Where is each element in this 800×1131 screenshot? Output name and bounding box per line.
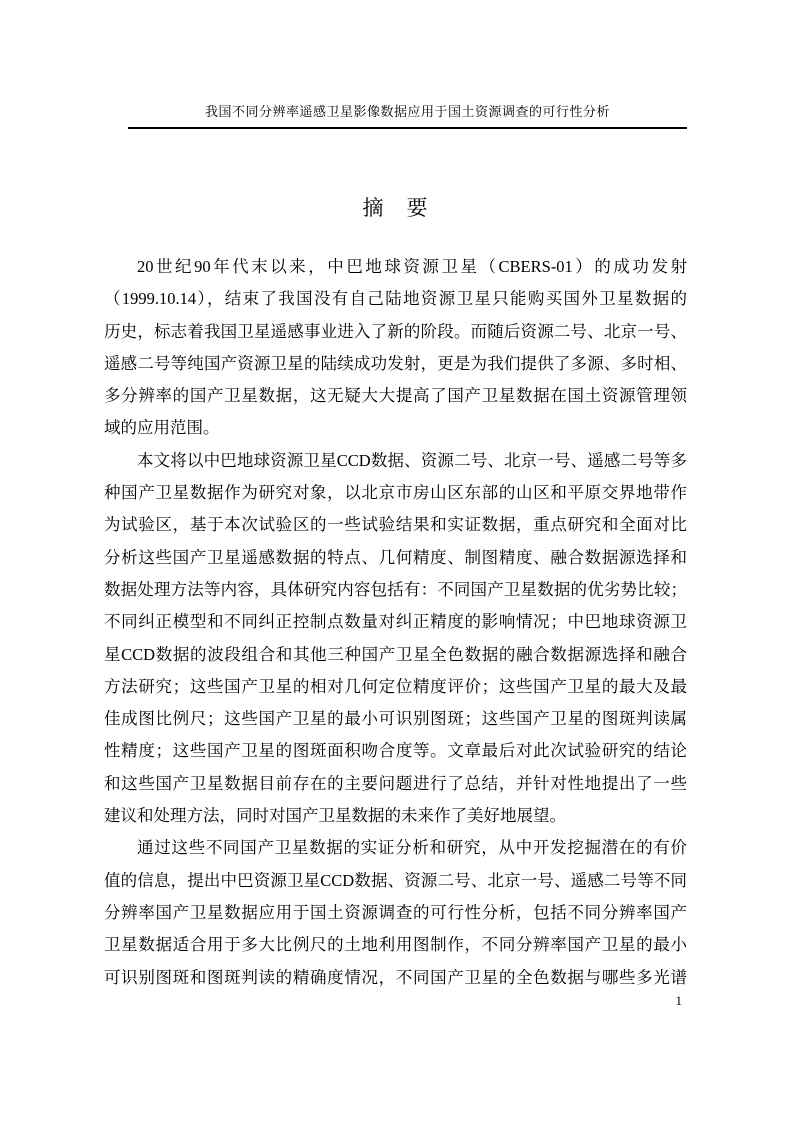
paragraph-line: 为试验区，基于本次试验区的一些试验结果和实证数据，重点研究和全面对比 <box>104 509 687 541</box>
paragraph-line: 不同纠正模型和不同纠正控制点数量对纠正精度的影响情况；中巴地球资源卫 <box>104 606 687 638</box>
abstract-body: 20世纪90年代末以来，中巴地球资源卫星（CBERS-01）的成功发射（1999… <box>104 251 687 994</box>
paragraph-line: 星CCD数据的波段组合和其他三种国产卫星全色数据的融合数据源选择和融合 <box>104 639 687 671</box>
paragraph-line: 卫星数据适合用于多大比例尺的土地利用图制作，不同分辨率国产卫星的最小 <box>104 929 687 961</box>
paragraph-line: 种国产卫星数据作为研究对象，以北京市房山区东部的山区和平原交界地带作 <box>104 477 687 509</box>
paragraph-line: 20世纪90年代末以来，中巴地球资源卫星（CBERS-01）的成功发射 <box>104 251 687 283</box>
paragraph-line: 性精度；这些国产卫星的图斑面积吻合度等。文章最后对此次试验研究的结论 <box>104 735 687 767</box>
paragraph-line: 分析这些国产卫星遥感数据的特点、几何精度、制图精度、融合数据源选择和 <box>104 542 687 574</box>
paragraph-line: （1999.10.14），结束了我国没有自己陆地资源卫星只能购买国外卫星数据的 <box>104 283 687 315</box>
running-header-title: 我国不同分辨率遥感卫星影像数据应用于国土资源调查的可行性分析 <box>205 104 610 119</box>
abstract-title: 摘 要 <box>104 192 687 222</box>
document-page: 我国不同分辨率遥感卫星影像数据应用于国土资源调查的可行性分析 摘 要 20世纪9… <box>0 0 800 1131</box>
paragraph-line: 建议和处理方法，同时对国产卫星数据的未来作了美好地展望。 <box>104 800 687 832</box>
running-header: 我国不同分辨率遥感卫星影像数据应用于国土资源调查的可行性分析 <box>128 103 687 129</box>
paragraph-line: 多分辨率的国产卫星数据，这无疑大大提高了国产卫星数据在国土资源管理领 <box>104 380 687 412</box>
paragraph-line: 分辨率国产卫星数据应用于国土资源调查的可行性分析，包括不同分辨率国产 <box>104 897 687 929</box>
paragraph-line: 和这些国产卫星数据目前存在的主要问题进行了总结，并针对性地提出了一些 <box>104 768 687 800</box>
paragraph-line: 历史，标志着我国卫星遥感事业进入了新的阶段。而随后资源二号、北京一号、 <box>104 316 687 348</box>
paragraph-line: 通过这些不同国产卫星数据的实证分析和研究，从中开发挖掘潜在的有价 <box>104 832 687 864</box>
paragraph-line: 域的应用范围。 <box>104 412 687 444</box>
paragraph-3: 通过这些不同国产卫星数据的实证分析和研究，从中开发挖掘潜在的有价值的信息，提出中… <box>104 832 687 993</box>
paragraph-line: 值的信息，提出中巴资源卫星CCD数据、资源二号、北京一号、遥感二号等不同 <box>104 865 687 897</box>
paragraph-line: 本文将以中巴地球资源卫星CCD数据、资源二号、北京一号、遥感二号等多 <box>104 445 687 477</box>
paragraph-line: 数据处理方法等内容，具体研究内容包括有：不同国产卫星数据的优劣势比较； <box>104 574 687 606</box>
paragraph-line: 方法研究；这些国产卫星的相对几何定位精度评价；这些国产卫星的最大及最 <box>104 671 687 703</box>
paragraph-line: 佳成图比例尺；这些国产卫星的最小可识别图斑；这些国产卫星的图斑判读属 <box>104 703 687 735</box>
paragraph-line: 遥感二号等纯国产资源卫星的陆续成功发射，更是为我们提供了多源、多时相、 <box>104 348 687 380</box>
paragraph-1: 20世纪90年代末以来，中巴地球资源卫星（CBERS-01）的成功发射（1999… <box>104 251 687 445</box>
paragraph-2: 本文将以中巴地球资源卫星CCD数据、资源二号、北京一号、遥感二号等多种国产卫星数… <box>104 445 687 833</box>
paragraph-line: 可识别图斑和图斑判读的精确度情况，不同国产卫星的全色数据与哪些多光谱 <box>104 962 687 994</box>
page-number: 1 <box>104 993 687 1009</box>
